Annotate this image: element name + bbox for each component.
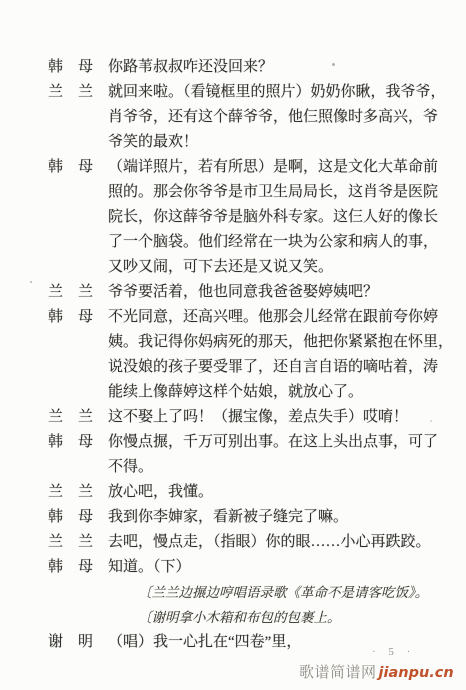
script-text-block: 韩 母你路苇叔叔咋还没回来？ 兰 兰就回来啦。（看镜框里的照片）奶奶你瞅，我爷爷… (0, 55, 466, 655)
dialogue-text: （唱）我一心扎在“四卷”里， (108, 634, 301, 650)
script-line: 能续上像薛婷这样个姑娘，就放心了。 (0, 380, 466, 405)
speaker-label: 兰 兰 (48, 480, 93, 505)
dialogue-text: 知道。（下） (108, 559, 191, 575)
script-line: 韩 母（端详照片，若有所思）是啊，这是文化大革命前 (0, 155, 466, 180)
dialogue-text: 能续上像薛婷这样个姑娘，就放心了。 (108, 384, 363, 400)
dialogue-text: 我到你李婶家，看新被子缝完了嘛。 (108, 509, 348, 525)
speaker-label: 兰 兰 (48, 80, 93, 105)
dialogue-text: 放心吧，我懂。 (108, 484, 213, 500)
script-line: 兰 兰这不娶上了吗！（搌宝像，差点失手）哎唷！ (0, 405, 466, 430)
speaker-label: 谢 明 (48, 630, 93, 655)
dialogue-text: 就回来啦。（看镜框里的照片）奶奶你瞅，我爷爷， (108, 84, 446, 100)
script-line: 姨。我记得你妈病死的那天，他把你紧紧抱在怀里， (0, 330, 466, 355)
script-line: 韩 母你路苇叔叔咋还没回来？ (0, 55, 466, 80)
watermark: 歌谱简谱网jianpu.cn (299, 661, 454, 682)
script-line: 韩 母你慢点搌，千万可别出事。在这上头出点事，可了 (0, 430, 466, 455)
stage-direction-line: 〔谢明拿小木箱和布包的包裹上。 (0, 605, 466, 630)
script-line: 又吵又闹，可下去还是又说又笑。 (0, 255, 466, 280)
dialogue-text: 你慢点搌，千万可别出事。在这上头出点事，可了 (108, 434, 438, 450)
script-line: 爷笑的最欢！ (0, 130, 466, 155)
script-line: 兰 兰去吧，慢点走，（指眼）你的眼……小心再跌跤。 (0, 530, 466, 555)
dialogue-text: 你路苇叔叔咋还没回来？ (108, 59, 273, 75)
dialogue-text: 姨。我记得你妈病死的那天，他把你紧紧抱在怀里， (108, 334, 453, 350)
dialogue-text: 院长，你这薛爷爷是脑外科专家。这仨人好的像长 (108, 209, 438, 225)
speaker-label: 韩 母 (48, 155, 93, 180)
dialogue-text: 爷笑的最欢！ (108, 134, 198, 150)
scan-speck (332, 63, 335, 66)
script-line: 了一个脑袋。他们经常在一块为公家和病人的事， (0, 230, 466, 255)
page-number: · 5 · (372, 646, 415, 658)
stage-direction-text: 〔兰兰边搌边哼唱语录歌《革命不是请客吃饭》。 (138, 585, 428, 600)
dialogue-text: 爷爷要活着，他也同意我爸爸娶婷姨吧？ (108, 284, 378, 300)
dialogue-text: 照的。那会你爷爷是市卫生局局长，这肖爷是医院 (108, 184, 438, 200)
speaker-label: 韩 母 (48, 555, 93, 580)
script-line: 韩 母我到你李婶家，看新被子缝完了嘛。 (0, 505, 466, 530)
script-line: 说没娘的孩子要受罪了，还自言自语的嘀咕着，涛 (0, 355, 466, 380)
scanned-script-page: 韩 母你路苇叔叔咋还没回来？ 兰 兰就回来啦。（看镜框里的照片）奶奶你瞅，我爷爷… (0, 0, 466, 690)
dialogue-text: 了一个脑袋。他们经常在一块为公家和病人的事， (108, 234, 438, 250)
speaker-label: 韩 母 (48, 305, 93, 330)
stage-direction-line: 〔兰兰边搌边哼唱语录歌《革命不是请客吃饭》。 (0, 580, 466, 605)
speaker-label: 韩 母 (48, 430, 93, 455)
dialogue-text: 不得。 (108, 459, 153, 475)
dialogue-text: 去吧，慢点走，（指眼）你的眼……小心再跌跤。 (108, 534, 431, 550)
script-line: 兰 兰放心吧，我懂。 (0, 480, 466, 505)
script-line: 韩 母知道。（下） (0, 555, 466, 580)
script-line: 院长，你这薛爷爷是脑外科专家。这仨人好的像长 (0, 205, 466, 230)
script-line: 肖爷爷，还有这个薛爷爷，他仨照像时多高兴，爷 (0, 105, 466, 130)
watermark-url: jianpu.cn (379, 665, 454, 681)
dialogue-text: 肖爷爷，还有这个薛爷爷，他仨照像时多高兴，爷 (108, 109, 438, 125)
speaker-label: 韩 母 (48, 55, 93, 80)
dialogue-text: （端详照片，若有所思）是啊，这是文化大革命前 (108, 159, 438, 175)
script-line: 兰 兰爷爷要活着，他也同意我爸爸娶婷姨吧？ (0, 280, 466, 305)
dialogue-text: 又吵又闹，可下去还是又说又笑。 (108, 259, 333, 275)
speaker-label: 兰 兰 (48, 530, 93, 555)
scan-speck (30, 281, 32, 283)
scan-speck (430, 420, 432, 422)
script-line: 韩 母不光同意，还高兴哩。他那会儿经常在跟前夸你婷 (0, 305, 466, 330)
script-line: 兰 兰就回来啦。（看镜框里的照片）奶奶你瞅，我爷爷， (0, 80, 466, 105)
dialogue-text: 不光同意，还高兴哩。他那会儿经常在跟前夸你婷 (108, 309, 438, 325)
speaker-label: 韩 母 (48, 505, 93, 530)
script-line: 不得。 (0, 455, 466, 480)
stage-direction-text: 〔谢明拿小木箱和布包的包裹上。 (138, 610, 341, 625)
watermark-site-name: 歌谱简谱网 (299, 665, 377, 681)
script-line: 照的。那会你爷爷是市卫生局局长，这肖爷是医院 (0, 180, 466, 205)
speaker-label: 兰 兰 (48, 280, 93, 305)
speaker-label: 兰 兰 (48, 405, 93, 430)
dialogue-text: 这不娶上了吗！（搌宝像，差点失手）哎唷！ (108, 409, 408, 425)
dialogue-text: 说没娘的孩子要受罪了，还自言自语的嘀咕着，涛 (108, 359, 438, 375)
